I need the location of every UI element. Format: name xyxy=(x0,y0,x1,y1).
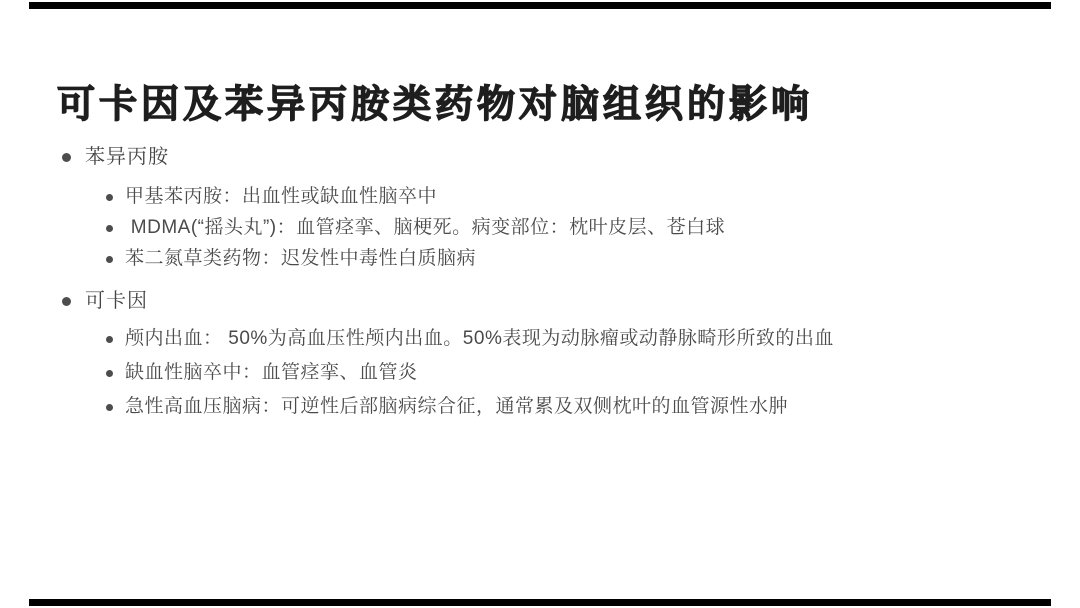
outline-item-label: 可卡因 xyxy=(85,290,148,312)
bullet-icon xyxy=(106,336,113,343)
sub-item-intracranial-hemorrhage: 颅内出血： 50%为高血压性颅内出血。50%表现为动脉瘤或动静脉畸形所致的出血 xyxy=(106,328,1022,350)
bullet-icon xyxy=(62,297,71,306)
outline-item-cocaine: 可卡因 xyxy=(62,290,1022,312)
outline-item-amphetamine: 苯异丙胺 xyxy=(62,146,1022,168)
top-border-bar xyxy=(29,2,1051,9)
bullet-icon xyxy=(62,153,71,162)
sub-item-hypertensive-encephalopathy: 急性高血压脑病：可逆性后部脑病综合征，通常累及双侧枕叶的血管源性水肿 xyxy=(106,396,1022,418)
bottom-border-bar xyxy=(29,599,1051,606)
sub-item-label: 颅内出血： 50%为高血压性颅内出血。50%表现为动脉瘤或动静脉畸形所致的出血 xyxy=(125,328,834,350)
bullet-icon xyxy=(106,370,113,377)
sub-item-label: 苯二氮草类药物：迟发性中毒性白质脑病 xyxy=(125,248,476,270)
sub-item-label: 急性高血压脑病：可逆性后部脑病综合征，通常累及双侧枕叶的血管源性水肿 xyxy=(125,396,788,418)
sub-item-benzodiazepine: 苯二氮草类药物：迟发性中毒性白质脑病 xyxy=(106,248,1022,270)
sub-item-methamphetamine: 甲基苯丙胺：出血性或缺血性脑卒中 xyxy=(106,186,1022,208)
bullet-icon xyxy=(106,256,113,263)
bullet-icon xyxy=(106,404,113,411)
slide-title: 可卡因及苯异丙胺类药物对脑组织的影响 xyxy=(57,83,813,127)
bullet-icon xyxy=(106,225,113,232)
outline-item-label: 苯异丙胺 xyxy=(85,146,169,168)
bullet-icon xyxy=(106,194,113,201)
sub-item-label: 缺血性脑卒中：血管痉挛、血管炎 xyxy=(125,362,418,384)
sub-item-label: MDMA(“摇头丸”)：血管痉挛、脑梗死。病变部位：枕叶皮层、苍白球 xyxy=(125,217,725,239)
sub-item-ischemic-stroke: 缺血性脑卒中：血管痉挛、血管炎 xyxy=(106,362,1022,384)
sub-item-mdma: MDMA(“摇头丸”)：血管痉挛、脑梗死。病变部位：枕叶皮层、苍白球 xyxy=(106,217,1022,239)
sub-item-label: 甲基苯丙胺：出血性或缺血性脑卒中 xyxy=(125,186,437,208)
outline-list: 苯异丙胺 甲基苯丙胺：出血性或缺血性脑卒中 MDMA(“摇头丸”)：血管痉挛、脑… xyxy=(62,146,1022,418)
